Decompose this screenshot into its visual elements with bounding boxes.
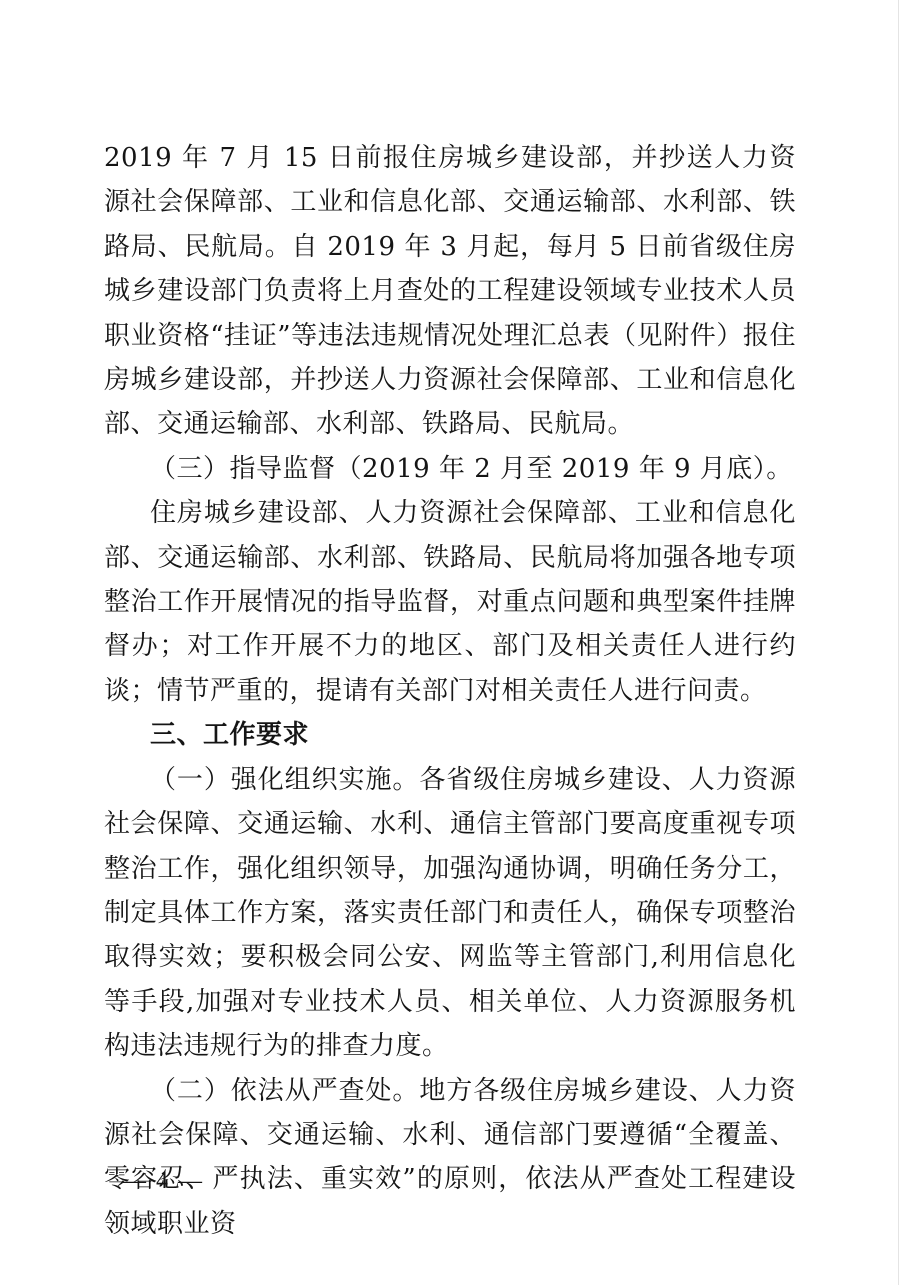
paragraph-strengthen-organization: （一）强化组织实施。各省级住房城乡建设、人力资源社会保障、交通运输、水利、通信主…	[104, 758, 796, 1069]
section-heading-work-requirements: 三、工作要求	[104, 713, 796, 757]
paragraph-continuation: 2019 年 7 月 15 日前报住房城乡建设部，并抄送人力资源社会保障部、工业…	[104, 136, 796, 447]
paragraph-strict-investigation: （二）依法从严查处。地方各级住房城乡建设、人力资源社会保障、交通运输、水利、通信…	[104, 1069, 796, 1247]
subsection-guidance-supervision: （三）指导监督（2019 年 2 月至 2019 年 9 月底）。	[104, 447, 796, 491]
page-edge-divider	[898, 0, 899, 1285]
paragraph-supervision-details: 住房城乡建设部、人力资源社会保障部、工业和信息化部、交通运输部、水利部、铁路局、…	[104, 491, 796, 713]
document-body: 2019 年 7 月 15 日前报住房城乡建设部，并抄送人力资源社会保障部、工业…	[104, 136, 796, 1246]
document-page: 2019 年 7 月 15 日前报住房城乡建设部，并抄送人力资源社会保障部、工业…	[0, 0, 900, 1285]
page-number: — 4 —	[122, 1166, 204, 1196]
